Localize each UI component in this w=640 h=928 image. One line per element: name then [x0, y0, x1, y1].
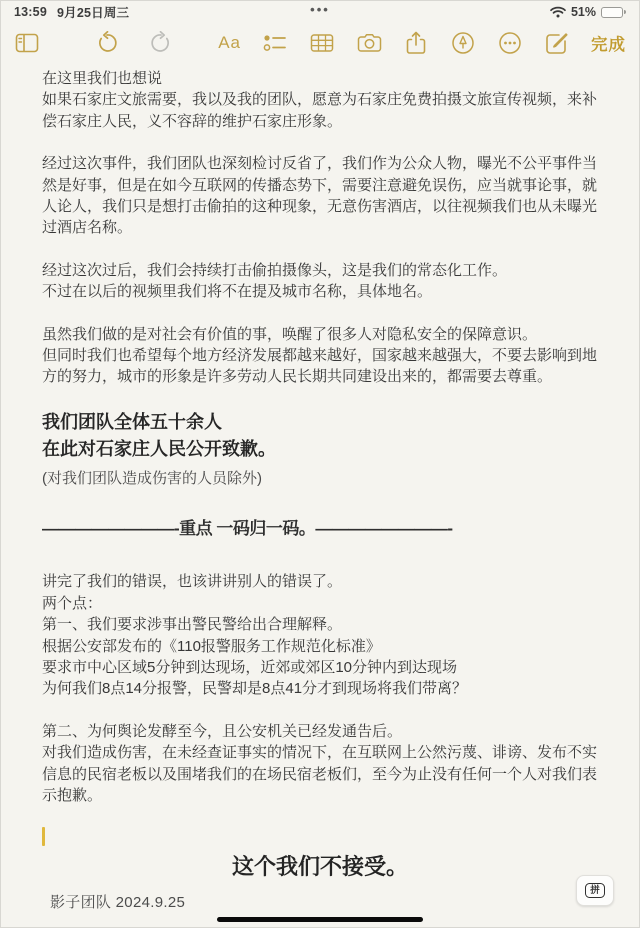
- text-format-button[interactable]: Aa: [218, 30, 241, 56]
- multitask-dots-indicator: •••: [310, 2, 330, 17]
- note-paragraph: 第二、为何舆论发酵至今，且公安机关已经发通告后。 对我们造成伤害，在未经查证事实…: [42, 721, 598, 807]
- compose-icon[interactable]: [544, 30, 570, 56]
- redo-icon[interactable]: [148, 30, 174, 56]
- pinyin-key-glyph: 拼: [585, 883, 605, 898]
- note-paragraph: 我们团队全体五十余人 在此对石家庄人民公开致歉。: [42, 409, 598, 463]
- note-paragraph: 经过这次过后，我们会持续打击偷拍摄像头，这是我们的常态化工作。 不过在以后的视频…: [42, 260, 598, 303]
- note-paragraph: 这个我们不接受。: [42, 852, 598, 882]
- battery-icon: [601, 7, 626, 18]
- note-paragraph: (对我们团队造成伤害的人员除外): [42, 468, 598, 489]
- status-bar: 13:59 9月25日周三 ••• 51%: [0, 0, 640, 24]
- checklist-icon[interactable]: [262, 30, 288, 56]
- done-button[interactable]: 完成: [591, 30, 626, 56]
- camera-icon[interactable]: [356, 30, 382, 56]
- notes-app-screen: 13:59 9月25日周三 ••• 51%: [0, 0, 640, 928]
- undo-icon[interactable]: [94, 30, 120, 56]
- note-paragraph: 虽然我们做的是对社会有价值的事，唤醒了很多人对隐私安全的保障意识。 但同时我们也…: [42, 324, 598, 388]
- status-date: 9月25日周三: [57, 3, 129, 21]
- note-signature: 影子团队 2024.9.25: [50, 891, 185, 912]
- note-paragraph: ————————-重点 一码归一码。————————-: [42, 518, 598, 540]
- notes-toolbar: Aa: [0, 22, 640, 64]
- note-paragraph: 经过这次事件，我们团队也深刻检讨反省了，我们作为公众人物，曝光不公平事件当然是好…: [42, 153, 598, 239]
- table-icon[interactable]: [309, 30, 335, 56]
- note-paragraph: 讲完了我们的错误，也该讲讲别人的错误了。 两个点： 第一、我们要求涉事出警民警给…: [42, 571, 598, 699]
- wifi-icon: [550, 6, 566, 18]
- clock-time: 13:59: [14, 5, 47, 19]
- markup-icon[interactable]: [450, 30, 476, 56]
- home-indicator[interactable]: [217, 917, 423, 923]
- share-icon[interactable]: [403, 30, 429, 56]
- more-icon[interactable]: [497, 30, 523, 56]
- sidebar-toggle-icon[interactable]: [14, 30, 40, 56]
- text-cursor: [42, 827, 45, 846]
- battery-percent: 51%: [571, 5, 596, 19]
- note-body[interactable]: 在这里我们也想说 如果石家庄文旅需要，我以及我的团队，愿意为石家庄免费拍摄文旅宣…: [0, 66, 640, 868]
- note-paragraph: 在这里我们也想说 如果石家庄文旅需要，我以及我的团队，愿意为石家庄免费拍摄文旅宣…: [42, 68, 598, 132]
- pinyin-keyboard-button[interactable]: 拼: [576, 875, 614, 906]
